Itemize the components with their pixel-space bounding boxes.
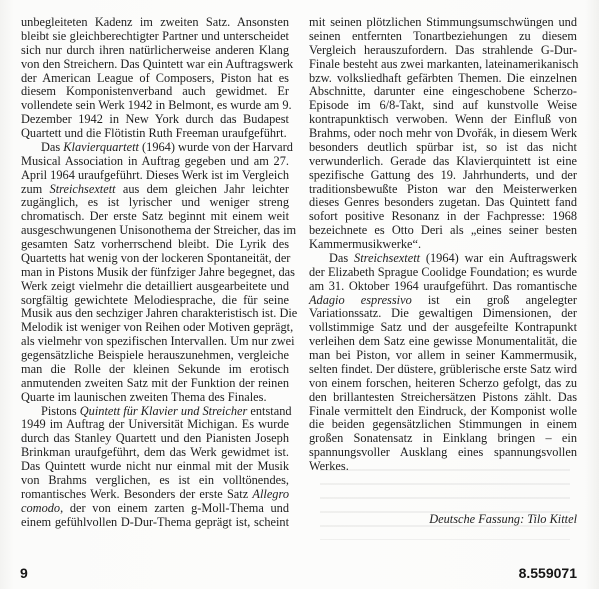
paragraph-klavierquartett-start: Das Klavierquartett (1964) wurde von der… [21,141,289,155]
text-line: bezeichnete es Otto Deri als „eines sein… [309,224,577,238]
text-line: sofort positive Resonanz in der Fachpres… [309,210,577,224]
text-line: gesamten Satz vorherrschend bleibt. Die … [21,238,289,252]
text-line: chromatisch. Der erste Satz beginnt mit … [21,210,289,224]
text-line: sorgfältig gewichtete Melodiesprache, di… [21,294,289,308]
text-line: Das Quintett wurde nicht nur einmal mit … [21,460,289,474]
text-line: großen Sonatensatz in Einklang bringen –… [309,432,577,446]
text-line: Quartett und die Flötistin Ruth Freeman … [21,127,289,141]
text-line: Dezember 1942 in New York durch das Buda… [21,113,289,127]
text-line: traditionsbewußte Piston war den Meister… [309,183,577,197]
text-line: diesem Komponistenverband auch gewidmet.… [21,85,289,99]
text-line: spannungsvoller Ausklang eines spannungs… [309,446,577,460]
text-line: mit seinen plötzlichen Stimmungsumschwün… [309,16,577,30]
text-line: durch das Stanley Quartett und den Piani… [21,432,289,446]
text-line: selten findet. Der düstere, grüblerische… [309,363,577,377]
work-title-quintett: Quintett für Klavier und Streicher [80,404,248,418]
text-line: die beiden gegensätzlichen Stimmungen in… [309,418,577,432]
text-line: Musik aus den sechziger Jahren charakter… [21,307,289,321]
work-title-streichsextett: Streichsextett [354,251,420,265]
text-line: Quartetts hat wenig von der lockeren Spo… [21,252,289,266]
left-text-column: unbegleiteten Kadenz im zweiten Satz. An… [21,16,289,529]
text-line: von den Streichern. Das Quintett war ein… [21,58,289,72]
movement-title-comodo: comodo [21,501,60,515]
text-line: Vergleich herauszufordern. Das strahlend… [309,44,577,58]
text-line: Kammermusikwerke“. [309,238,577,252]
text-line: sich nur durch ihren natürlicherweise an… [21,44,289,58]
paragraph-streichsextett-start: Das Streichsextett (1964) war ein Auftra… [309,252,577,266]
text-line: zum Streichsextett aus dem gleichen Jahr… [21,183,289,197]
text-line: ausgeschwungenen Unisonothema der Streic… [21,224,289,238]
text-line: spezifische Gattung des 19. Jahrhunderts… [309,169,577,183]
text-line: dieses Genres besonders zugetan. Das Qui… [309,196,577,210]
text-line: von Brahms verglichen, es ist ein volltö… [21,474,289,488]
translation-credit: Deutsche Fassung: Tilo Kittel [429,512,577,526]
catalog-number: 8.559071 [519,565,577,581]
booklet-page: unbegleiteten Kadenz im zweiten Satz. An… [0,0,599,589]
text-line: romantisches Werk. Besonders der erste S… [21,488,289,502]
text-line: verwunderlich. Gerade das Klavierquintet… [309,155,577,169]
text-line: von einem forschen, heiteren Scherzo gef… [309,377,577,391]
text-line: Finale besteht aus zwei markanten, latei… [309,58,577,72]
text-line: Werkes. [309,460,577,474]
text-line: Musical Association in Auftrag gegeben u… [21,155,289,169]
text-line: Werk zeigt vielmehr die detailliert ausg… [21,280,289,294]
text-line: am 31. Oktober 1964 uraufgeführt. Das ro… [309,280,577,294]
text-line: anmutenden zweiten Satz mit der Funktion… [21,377,289,391]
paragraph-quintett-start: Pistons Quintett für Klavier und Streich… [21,405,289,419]
work-title-streichsextett: Streichsextett [50,182,116,196]
text-line: gegensätzliche Beispiele herauszunehmen,… [21,349,289,363]
text-line: Quarte im launischen zweiten Thema des F… [21,391,289,405]
text-line: bzw. volksliedhaft gefärbten Themen. Die… [309,72,577,86]
text-line: Melodik ist weniger von Reihen oder Moti… [21,321,289,335]
text-line: vollendete sein Werk 1942 in Belmont, es… [21,99,289,113]
text-line: unbegleiteten Kadenz im zweiten Satz. An… [21,16,289,30]
text-line: als vielmehr von spezifischen Intervalle… [21,335,289,349]
text-line: zugänglich, es ist lyrischer und weniger… [21,196,289,210]
text-line: 1949 im Auftrag der Universität Michigan… [21,418,289,432]
text-line: comodo, der von einem zarten g-Moll-Them… [21,502,289,516]
text-line: der Elizabeth Sprague Coolidge Foundatio… [309,266,577,280]
text-line: Brahms, oder noch mehr von Dvořák, in di… [309,127,577,141]
text-line: man bei Piston, vor allem in seiner Kamm… [309,349,577,363]
text-line: der American League of Composers, Piston… [21,72,289,86]
text-line: einem gefühlvollen D-Dur-Thema geprägt i… [21,516,289,530]
text-line: Abschnitte, darunter eine eingeschobene … [309,85,577,99]
text-line: verleihen dem Satz eine gewisse Monument… [309,335,577,349]
text-line: man die Rolle der kleinen Sekunde im ero… [21,363,289,377]
text-line: Variationssatz. Die gewaltigen Dimension… [309,307,577,321]
page-number: 9 [20,565,28,581]
text-line: Episode im 6/8-Takt, sind auf kunstvolle… [309,99,577,113]
work-title-klavierquartett: Klavierquartett [63,140,139,154]
text-line: den brillantesten Streichersätzen Piston… [309,391,577,405]
text-line: kontrapunktisch verwoben. Wenn der Einfl… [309,113,577,127]
movement-title-adagio: Adagio espressivo [309,293,412,307]
text-line: seinen entfernten Tonartbeziehungen zu d… [309,30,577,44]
text-line: Finale vermittelt den Eindruck, der Komp… [309,405,577,419]
text-line: man in Pistons Musik der fünfziger Jahre… [21,266,289,280]
text-line: besonders deutlich spürbar ist, so ist d… [309,141,577,155]
movement-title-allegro: Allegro [252,487,289,501]
text-line: Brinkman uraufgeführt, dem das Werk gewi… [21,446,289,460]
text-line: April 1964 uraufgeführt. Dieses Werk ist… [21,169,289,183]
text-line: vollstimmige Satz und der ausgefeilte Ko… [309,321,577,335]
text-line: Adagio espressivo ist ein groß angelegte… [309,294,577,308]
right-text-column: mit seinen plötzlichen Stimmungsumschwün… [309,16,577,474]
text-line: bleibt sie gleichberechtigter Partner un… [21,30,289,44]
